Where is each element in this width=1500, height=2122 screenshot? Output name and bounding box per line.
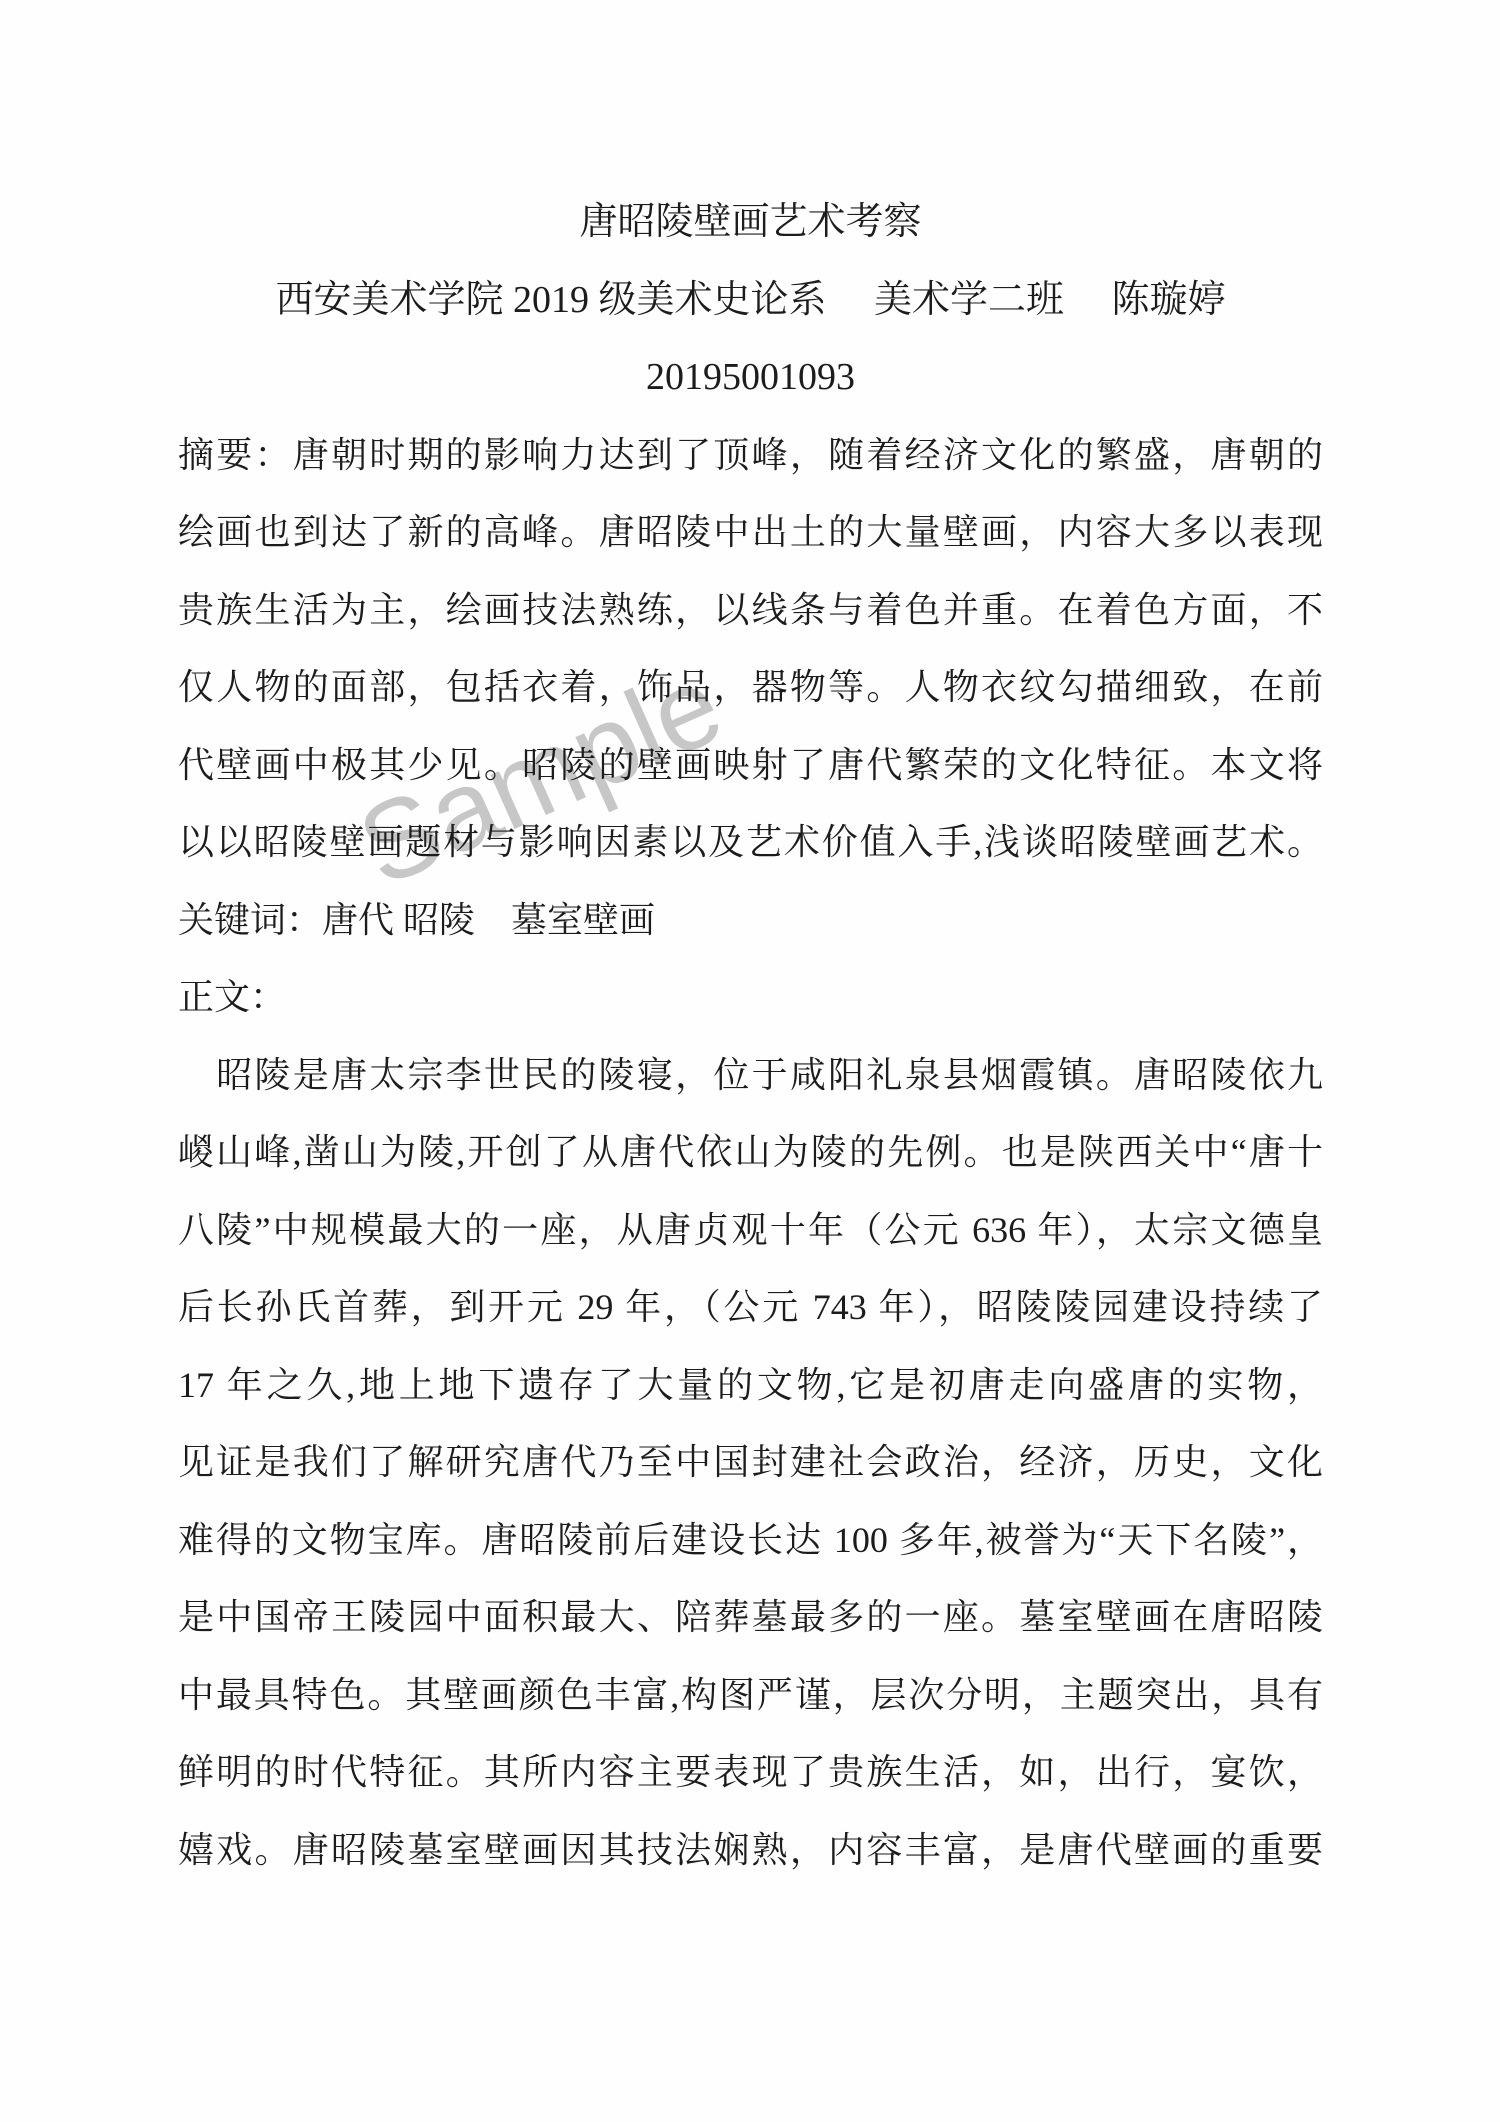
- body-heading: 正文：: [178, 959, 1323, 1037]
- body-line: 17 年之久,地上地下遗存了大量的文物,它是初唐走向盛唐的实物，: [178, 1347, 1323, 1425]
- abstract-line: 绘画也到达了新的高峰。唐昭陵中出土的大量壁画，内容大多以表现: [178, 494, 1323, 572]
- body-line: 难得的文物宝库。唐昭陵前后建设长达 100 多年,被誉为“天下名陵”，: [178, 1502, 1323, 1580]
- body-line: 八陵”中规模最大的一座，从唐贞观十年（公元 636 年），太宗文德皇: [178, 1192, 1323, 1270]
- abstract-line: 以以昭陵壁画题材与影响因素以及艺术价值入手,浅谈昭陵壁画艺术。: [178, 804, 1323, 882]
- abstract-line: 摘要：唐朝时期的影响力达到了顶峰，随着经济文化的繁盛，唐朝的: [178, 417, 1323, 495]
- document-page: Sample 唐昭陵壁画艺术考察 西安美术学院 2019 级美术史论系 美术学二…: [0, 0, 1500, 2122]
- body-line: 嬉戏。唐昭陵墓室壁画因其技法娴熟，内容丰富，是唐代壁画的重要: [178, 1812, 1323, 1890]
- abstract-line: 仅人物的面部，包括衣着，饰品，器物等。人物衣纹勾描细致，在前: [178, 649, 1323, 727]
- body-line: 后长孙氏首葬，到开元 29 年，（公元 743 年），昭陵陵园建设持续了: [178, 1269, 1323, 1347]
- document-content: 唐昭陵壁画艺术考察 西安美术学院 2019 级美术史论系 美术学二班 陈璇婷 2…: [178, 184, 1323, 1889]
- body-line: 昭陵是唐太宗李世民的陵寝，位于咸阳礼泉县烟霞镇。唐昭陵依九: [178, 1037, 1323, 1115]
- document-title: 唐昭陵壁画艺术考察: [178, 184, 1323, 262]
- byline: 西安美术学院 2019 级美术史论系 美术学二班 陈璇婷: [178, 262, 1323, 340]
- body-line: 鲜明的时代特征。其所内容主要表现了贵族生活，如，出行，宴饮，: [178, 1734, 1323, 1812]
- body-line: 中最具特色。其壁画颜色丰富,构图严谨，层次分明，主题突出，具有: [178, 1657, 1323, 1735]
- body-line: 是中国帝王陵园中面积最大、陪葬墓最多的一座。墓室壁画在唐昭陵: [178, 1579, 1323, 1657]
- body-line: 嵕山峰,凿山为陵,开创了从唐代依山为陵的先例。也是陕西关中“唐十: [178, 1114, 1323, 1192]
- keywords-line: 关键词：唐代 昭陵 墓室壁画: [178, 882, 1323, 960]
- abstract-line: 贵族生活为主，绘画技法熟练，以线条与着色并重。在着色方面，不: [178, 572, 1323, 650]
- abstract-line: 代壁画中极其少见。昭陵的壁画映射了唐代繁荣的文化特征。本文将: [178, 727, 1323, 805]
- body-line: 见证是我们了解研究唐代乃至中国封建社会政治，经济，历史，文化: [178, 1424, 1323, 1502]
- student-id: 20195001093: [178, 339, 1323, 417]
